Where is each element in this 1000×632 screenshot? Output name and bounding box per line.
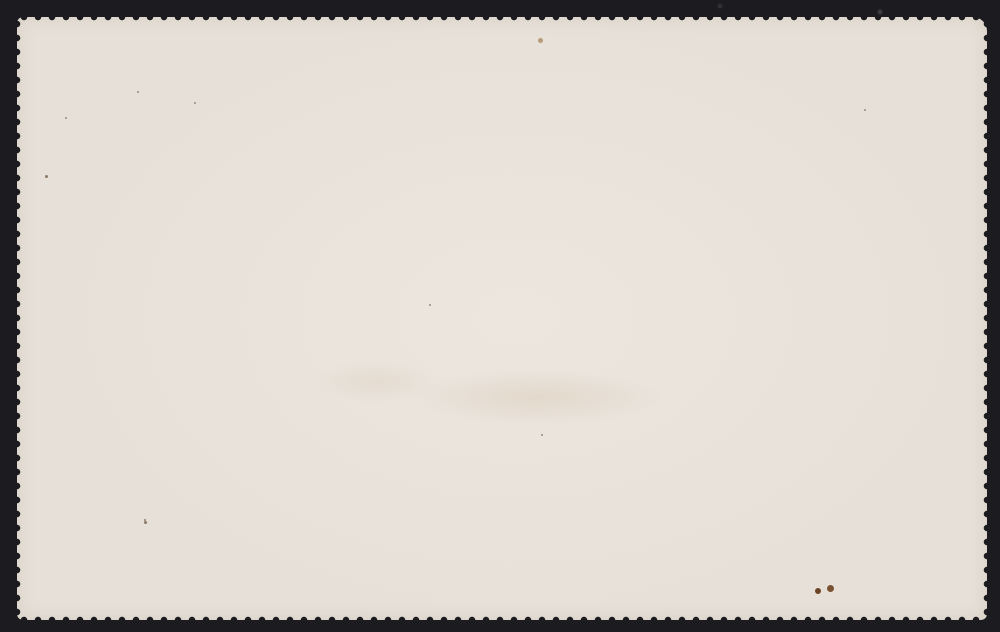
deckled-edge-right	[981, 17, 987, 620]
paper-speck	[538, 38, 543, 43]
paper-speck	[827, 585, 834, 592]
paper-speck	[429, 304, 431, 306]
paper-speck	[137, 91, 139, 93]
photo-scene	[0, 0, 1000, 632]
blank-paper-card	[17, 17, 987, 620]
deckled-edge-bottom	[17, 614, 987, 620]
deckled-edge-top	[17, 17, 987, 23]
paper-speck	[65, 117, 67, 119]
paper-speck	[815, 588, 821, 594]
paper-speck	[45, 175, 48, 178]
paper-speck	[541, 434, 543, 436]
paper-speck	[864, 109, 866, 111]
deckled-edge-left	[17, 17, 23, 620]
paper-speck	[144, 519, 146, 521]
paper-speck	[194, 102, 196, 104]
